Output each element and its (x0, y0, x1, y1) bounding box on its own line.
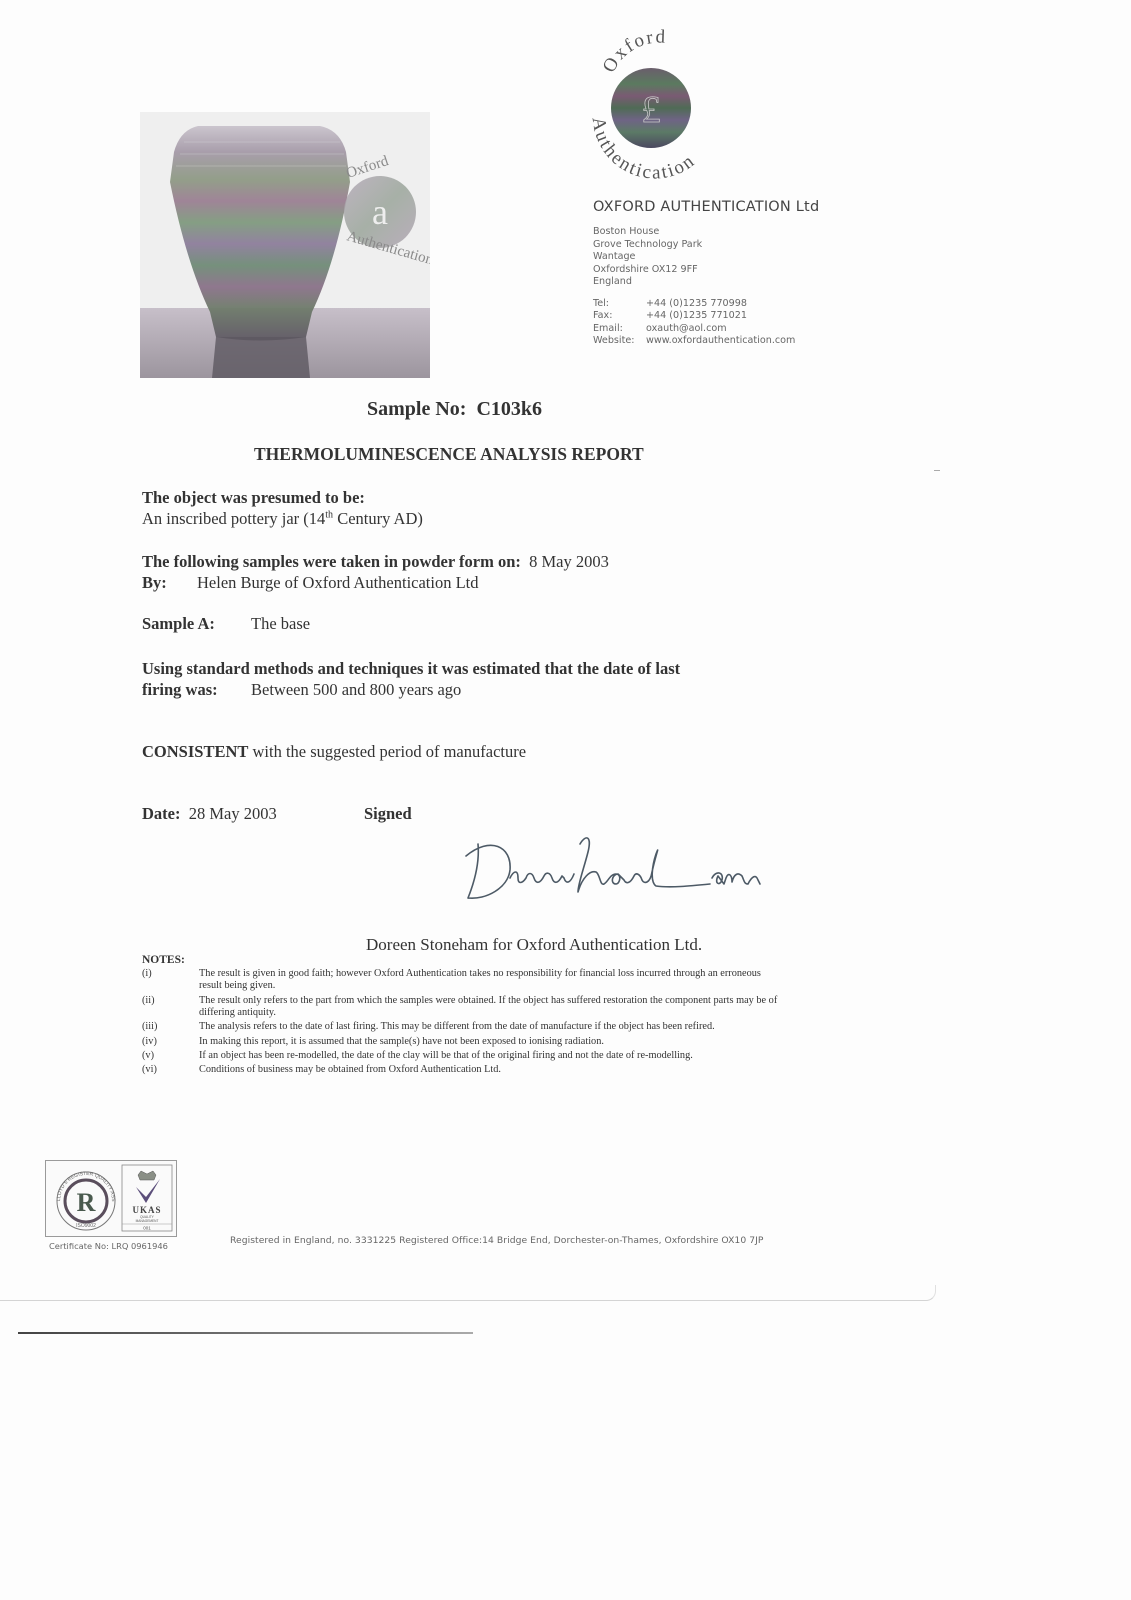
sample-number-label: Sample No: (367, 398, 466, 420)
address-line: Boston House (593, 226, 702, 239)
certificate-number: Certificate No: LRQ 0961946 (49, 1241, 168, 1251)
estimate-label-line2: firing was: (142, 680, 251, 701)
samples-taken: The following samples were taken in powd… (142, 552, 609, 593)
ukas-badge-icon: UKAS QUALITY MANAGEMENT 001 (122, 1165, 172, 1231)
note-item: (iv)In making this report, it is assumed… (142, 1036, 782, 1048)
stamp-monogram: a (372, 192, 388, 232)
contact-value: +44 (0)1235 770998 (646, 298, 747, 310)
contact-email: Email: oxauth@aol.com (593, 323, 795, 335)
conclusion-verdict: CONSISTENT (142, 742, 248, 761)
svg-text:MANAGEMENT: MANAGEMENT (136, 1219, 159, 1223)
sample-number-value: C103k6 (476, 398, 542, 420)
scan-artifact-line (18, 1332, 473, 1334)
note-item: (iii)The analysis refers to the date of … (142, 1021, 782, 1033)
svg-text:UKAS: UKAS (132, 1205, 161, 1215)
contact-value: oxauth@aol.com (646, 323, 727, 335)
note-item: (ii)The result only refers to the part f… (142, 995, 782, 1019)
conclusion: CONSISTENT with the suggested period of … (142, 742, 526, 763)
signed-label: Signed (364, 804, 412, 825)
contact-value: www.oxfordauthentication.com (646, 335, 795, 347)
notes-list: (i)The result is given in good faith; ho… (142, 968, 782, 1079)
address-line: Grove Technology Park (593, 239, 702, 252)
company-contacts: Tel: +44 (0)1235 770998 Fax: +44 (0)1235… (593, 298, 795, 347)
scan-speck (934, 470, 940, 471)
certification-badges: R LLOYD'S REGISTER QUALITY ASSURANCE ISO… (45, 1160, 177, 1237)
estimate-label-line1: Using standard methods and techniques it… (142, 659, 680, 680)
date-value: 28 May 2003 (189, 804, 277, 823)
logo-monogram: £ (642, 89, 661, 131)
svg-text:R: R (77, 1188, 96, 1217)
conclusion-text: with the suggested period of manufacture (248, 742, 526, 761)
contact-label: Email: (593, 323, 646, 335)
estimate-value: Between 500 and 800 years ago (251, 680, 461, 699)
report-date: Date: 28 May 2003 (142, 804, 277, 825)
samples-label: The following samples were taken in powd… (142, 552, 521, 571)
lrqa-badge-icon: R LLOYD'S REGISTER QUALITY ASSURANCE ISO… (46, 1161, 116, 1230)
presumed-label: The object was presumed to be: (142, 488, 423, 509)
report-title: THERMOLUMINESCENCE ANALYSIS REPORT (254, 444, 644, 465)
contact-website: Website: www.oxfordauthentication.com (593, 335, 795, 347)
note-item: (i)The result is given in good faith; ho… (142, 968, 782, 992)
note-item: (v)If an object has been re-modelled, th… (142, 1050, 782, 1062)
svg-text:ISO9002: ISO9002 (76, 1223, 96, 1229)
presumed-value: An inscribed pottery jar (14th Century A… (142, 509, 423, 530)
jar-photo: a Oxford Authentication (140, 112, 430, 378)
address-line: England (593, 276, 702, 289)
notes-title: NOTES: (142, 954, 185, 966)
contact-label: Website: (593, 335, 646, 347)
by-value: Helen Burge of Oxford Authentication Ltd (197, 573, 479, 592)
contact-label: Fax: (593, 310, 646, 322)
scan-page-edge (0, 1285, 936, 1301)
company-address: Boston House Grove Technology Park Wanta… (593, 226, 702, 289)
firing-estimate: Using standard methods and techniques it… (142, 659, 680, 700)
address-line: Oxfordshire OX12 9FF (593, 264, 702, 277)
signature (460, 826, 780, 906)
contact-value: +44 (0)1235 771021 (646, 310, 747, 322)
by-label: By: (142, 573, 197, 594)
svg-text:001: 001 (143, 1226, 151, 1231)
pottery-jar-image: a Oxford Authentication (140, 112, 430, 378)
presumed-object: The object was presumed to be: An inscri… (142, 488, 423, 529)
company-logo: £ Oxford Authentication (585, 22, 735, 182)
note-item: (vi)Conditions of business may be obtain… (142, 1064, 782, 1076)
samples-date: 8 May 2003 (529, 552, 609, 571)
registered-office: Registered in England, no. 3331225 Regis… (230, 1235, 763, 1246)
signer-name: Doreen Stoneham for Oxford Authenticatio… (366, 935, 702, 955)
address-line: Wantage (593, 251, 702, 264)
contact-fax: Fax: +44 (0)1235 771021 (593, 310, 795, 322)
sample-a: Sample A:The base (142, 614, 310, 635)
sample-number: Sample No: C103k6 (367, 398, 542, 421)
date-label: Date: (142, 804, 180, 823)
sample-a-value: The base (251, 614, 310, 633)
company-name: OXFORD AUTHENTICATION Ltd (593, 199, 819, 215)
contact-label: Tel: (593, 298, 646, 310)
contact-tel: Tel: +44 (0)1235 770998 (593, 298, 795, 310)
sample-a-label: Sample A: (142, 614, 251, 635)
